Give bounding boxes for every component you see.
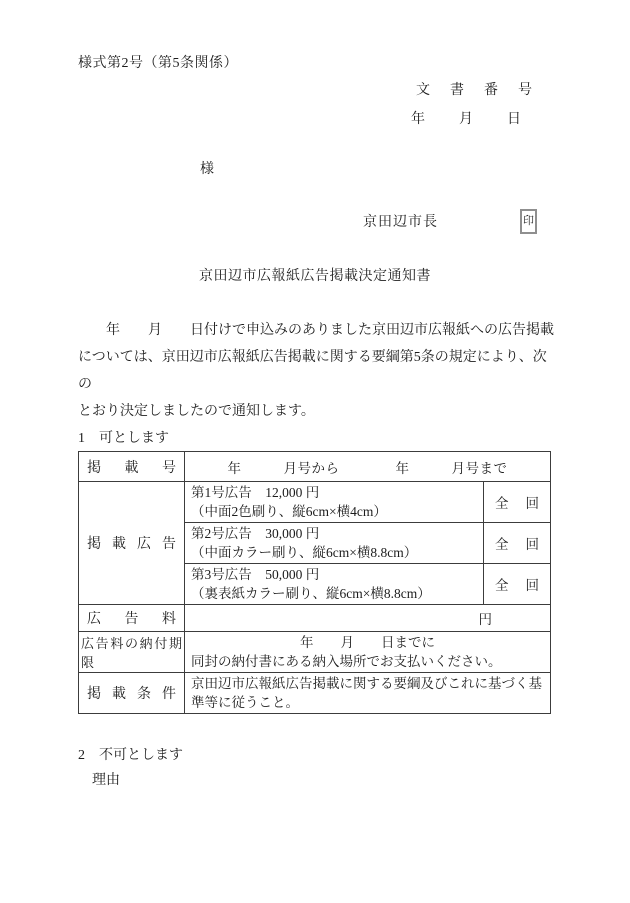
- issue-date-placeholder: 年 月 日: [78, 108, 535, 128]
- notice-document-page: 様式第2号（第5条関係） 文 書 番 号 年 月 日 様 京田辺市長 印 京田辺…: [0, 0, 630, 903]
- body-line-3: とおり決定しましたので通知します。: [78, 398, 554, 425]
- ad-2-times-label: 回: [526, 533, 540, 553]
- ad-3-count: 全 回: [484, 564, 551, 605]
- document-meta-block: 文 書 番 号 年 月 日: [78, 79, 535, 128]
- ad-3-spec: （裏表紙カラー刷り、縦6cm×横8.8cm）: [191, 584, 477, 603]
- ad-2-spec: （中面カラー刷り、縦6cm×横8.8cm）: [191, 543, 477, 562]
- ad-1-all-label: 全: [495, 492, 509, 512]
- ad-3-name-price: 第3号広告 50,000 円: [191, 565, 477, 584]
- seal-box: 印: [520, 209, 537, 234]
- section-approved-heading: 1 可とします: [78, 427, 169, 447]
- form-number: 様式第2号（第5条関係）: [78, 52, 238, 72]
- approval-table: 掲載号 年 月号から 年 月号まで 掲載広告 第1号広告 12,000 円 （中…: [78, 451, 551, 714]
- fee-row-value: 円: [185, 605, 551, 632]
- deadline-row-label: 広告料の納付期限: [79, 632, 185, 673]
- deadline-date-line: 年 月 日までに: [191, 633, 544, 652]
- ad-3-all-label: 全: [495, 574, 509, 594]
- ad-1-times-label: 回: [526, 492, 540, 512]
- addressee-honorific: 様: [200, 158, 214, 178]
- section-rejected-heading: 2 不可とします: [78, 744, 183, 764]
- ad-3-times-label: 回: [526, 574, 540, 594]
- fee-row-label: 広告料: [79, 605, 185, 632]
- deadline-instruction-line: 同封の納付書にある納入場所でお支払いください。: [191, 652, 544, 671]
- ad-1-spec: （中面2色刷り、縦6cm×横4cm）: [191, 502, 477, 521]
- reason-label: 理由: [92, 769, 120, 789]
- document-number-label: 文 書 番 号: [78, 79, 535, 99]
- ad-1-count: 全 回: [484, 482, 551, 523]
- ad-1-description: 第1号広告 12,000 円 （中面2色刷り、縦6cm×横4cm）: [185, 482, 484, 523]
- issue-row-label: 掲載号: [79, 452, 185, 482]
- ad-1-name-price: 第1号広告 12,000 円: [191, 483, 477, 502]
- deadline-row-value: 年 月 日までに 同封の納付書にある納入場所でお支払いください。: [185, 632, 551, 673]
- ad-2-count: 全 回: [484, 523, 551, 564]
- ad-2-name-price: 第2号広告 30,000 円: [191, 524, 477, 543]
- issue-row-value: 年 月号から 年 月号まで: [185, 452, 551, 482]
- ad-2-all-label: 全: [495, 533, 509, 553]
- table-row-ad-1: 掲載広告 第1号広告 12,000 円 （中面2色刷り、縦6cm×横4cm） 全…: [79, 482, 551, 523]
- ad-3-description: 第3号広告 50,000 円 （裏表紙カラー刷り、縦6cm×横8.8cm）: [185, 564, 484, 605]
- issuer-title: 京田辺市長: [363, 211, 438, 231]
- table-row-issue: 掲載号 年 月号から 年 月号まで: [79, 452, 551, 482]
- conditions-row-value: 京田辺市広報紙広告掲載に関する要綱及びこれに基づく基準等に従うこと。: [185, 673, 551, 714]
- body-paragraph: 年 月 日付けで申込みのありました京田辺市広報紙への広告掲載 については、京田辺…: [78, 317, 554, 425]
- conditions-row-label: 掲載条件: [79, 673, 185, 714]
- document-title: 京田辺市広報紙広告掲載決定通知書: [0, 265, 630, 285]
- body-line-1: 年 月 日付けで申込みのありました京田辺市広報紙への広告掲載: [78, 317, 554, 344]
- body-line-2: については、京田辺市広報紙広告掲載に関する要綱第5条の規定により、次の: [78, 344, 554, 398]
- table-row-conditions: 掲載条件 京田辺市広報紙広告掲載に関する要綱及びこれに基づく基準等に従うこと。: [79, 673, 551, 714]
- table-row-fee: 広告料 円: [79, 605, 551, 632]
- ads-row-label: 掲載広告: [79, 482, 185, 605]
- table-row-deadline: 広告料の納付期限 年 月 日までに 同封の納付書にある納入場所でお支払いください…: [79, 632, 551, 673]
- ad-2-description: 第2号広告 30,000 円 （中面カラー刷り、縦6cm×横8.8cm）: [185, 523, 484, 564]
